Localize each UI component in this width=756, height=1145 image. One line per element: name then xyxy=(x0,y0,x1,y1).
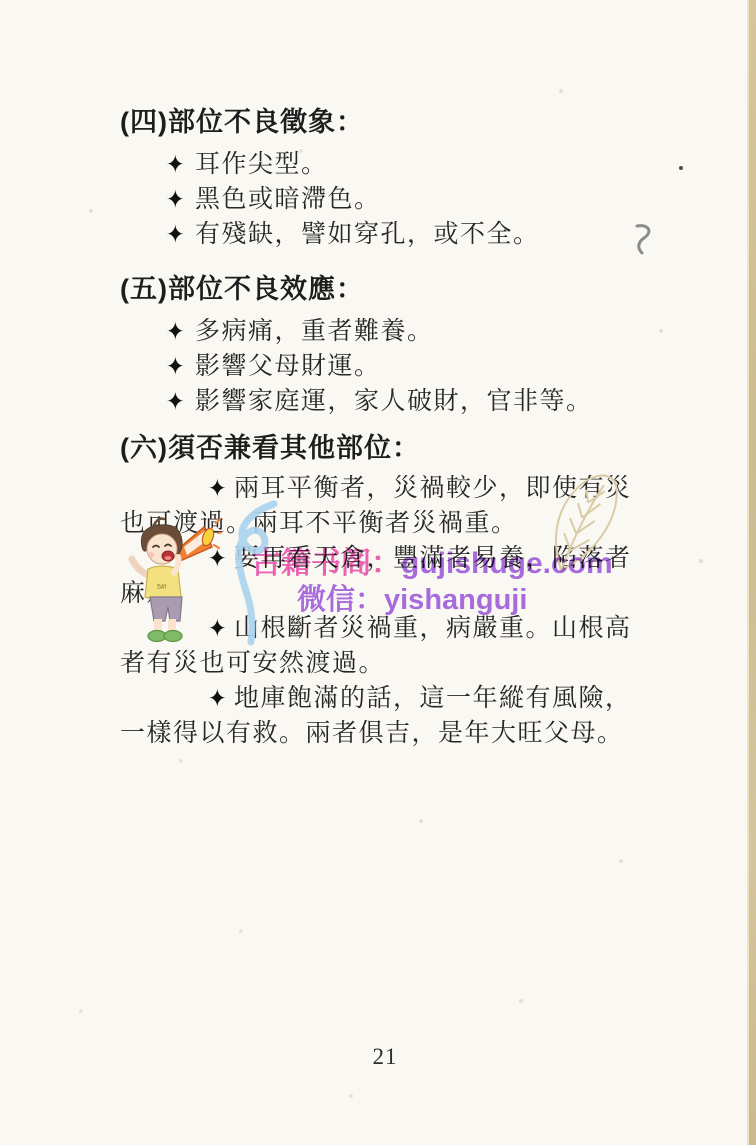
mascot-shouting-kid-with-megaphone-icon: 5#! xyxy=(124,517,222,645)
bullet-list-4: ✦耳作尖型。 ✦黑色或暗滯色。 ✦有殘缺，譬如穿孔，或不全。 xyxy=(120,147,652,252)
list-item: ✦黑色或暗滯色。 xyxy=(120,182,652,217)
bullet-list-5: ✦多病痛，重者難養。 ✦影響父母財運。 ✦影響家庭運，家人破財，官非等。 xyxy=(120,314,652,419)
diamond-bullet-icon: ✦ xyxy=(166,214,186,254)
watermark-site-url: gujishuge.com xyxy=(401,547,613,580)
list-item: ✦有殘缺，譬如穿孔，或不全。 xyxy=(120,217,652,252)
scanned-book-page: (四)部位不良徵象： ✦耳作尖型。 ✦黑色或暗滯色。 ✦有殘缺，譬如穿孔，或不全… xyxy=(0,0,756,1145)
list-item: ✦影響家庭運，家人破財，官非等。 xyxy=(120,384,652,419)
paper-noise xyxy=(0,0,2,2)
stray-ink-squiggle-icon xyxy=(631,222,657,260)
list-item-text: 有殘缺，譬如穿孔，或不全。 xyxy=(195,221,540,248)
book-spine-scan-edge xyxy=(747,0,756,1145)
list-item: ✦影響父母財運。 xyxy=(120,349,652,384)
section-heading-5: (五)部位不良效應： xyxy=(120,272,652,306)
stray-ink-dot: · xyxy=(124,648,132,676)
paragraph: ✦地庫飽滿的話，這一年縱有風險，一樣得以有救。兩者俱吉，是年大旺父母。 xyxy=(120,681,652,751)
list-item: ✦多病痛，重者難養。 xyxy=(120,314,652,349)
megaphone-icon xyxy=(176,519,222,561)
page-number: 21 xyxy=(0,1044,756,1070)
list-item-text: 多病痛，重者難養。 xyxy=(195,318,434,345)
list-item-text: 影響家庭運，家人破財，官非等。 xyxy=(195,388,593,415)
diamond-bullet-icon: ✦ xyxy=(164,678,228,718)
svg-text:5#!: 5#! xyxy=(157,584,167,591)
list-item-text: 黑色或暗滯色。 xyxy=(195,186,381,213)
page-text-block: (四)部位不良徵象： ✦耳作尖型。 ✦黑色或暗滯色。 ✦有殘缺，譬如穿孔，或不全… xyxy=(120,105,652,751)
ink-speck xyxy=(679,166,683,170)
list-item-text: 影響父母財運。 xyxy=(195,353,381,380)
diamond-bullet-icon: ✦ xyxy=(166,381,186,421)
watermark-site-line: 古籍书阁：gujishuge.com xyxy=(251,547,613,581)
section-heading-6: (六)須否兼看其他部位： xyxy=(120,431,652,465)
watermark-wechat-line: 微信：yishanguji xyxy=(297,584,527,617)
list-item: ✦耳作尖型。 xyxy=(120,147,652,182)
watermark-site-label: 古籍书阁： xyxy=(251,547,401,580)
section-heading-4: (四)部位不良徵象： xyxy=(120,105,652,139)
list-item-text: 耳作尖型。 xyxy=(195,151,328,178)
